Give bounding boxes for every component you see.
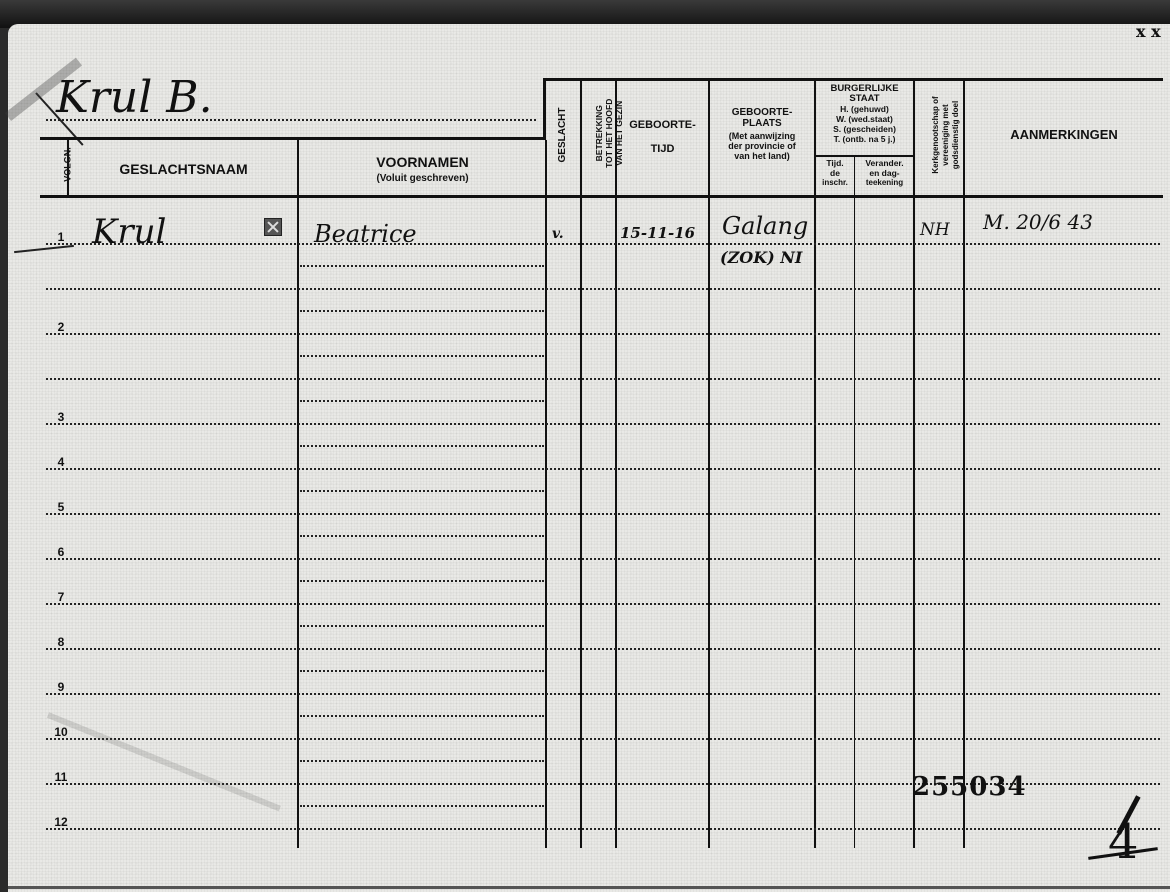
registration-card: x x Krul B. VOLGN. GESLACHTSNAAM VOORNAM… xyxy=(8,24,1170,892)
row-number: 10 xyxy=(50,725,72,739)
header-geboorteplaats-sub-3: van het land) xyxy=(710,152,814,161)
header-verander-1: Verander. xyxy=(856,159,913,168)
header-step-rule xyxy=(543,79,546,140)
col-rule-geboortetijd xyxy=(708,81,710,848)
header-burgerlijke-s: S. (gescheiden) xyxy=(816,125,913,134)
stamp-number: 255034 xyxy=(912,772,1027,802)
header-bottom-rule xyxy=(40,195,1163,198)
col-rule-geslachtsnaam xyxy=(297,140,299,848)
voornamen-subrule xyxy=(300,625,544,627)
row-rule-9 xyxy=(46,693,1160,695)
header-verander-2: en dag- xyxy=(856,169,913,178)
row-1-marker-stroke xyxy=(14,245,74,253)
corner-marks: x x xyxy=(1136,22,1161,41)
burgerlijke-sub-rule xyxy=(814,155,914,157)
row-rule-2 xyxy=(46,333,1160,335)
header-betrekking-line2: TOT HET HOOFD xyxy=(605,77,614,189)
row-rule-1 xyxy=(46,243,1160,245)
row-1-kerk: NH xyxy=(920,220,950,240)
header-voornamen-sub: (Voluit geschreven) xyxy=(300,174,545,185)
header-burgerlijke-h: H. (gehuwd) xyxy=(816,105,913,114)
header-burgerlijke-t: T. (ontb. na 5 j.) xyxy=(816,135,913,144)
header-geslachtsnaam: GESLACHTSNAAM xyxy=(70,162,297,177)
row-number: 2 xyxy=(50,320,72,334)
header-betrekking: BETREKKING TOT HET HOOFD VAN HET GEZIN xyxy=(583,81,615,195)
row-1-geslacht: v. xyxy=(552,226,564,242)
row-rule-10 xyxy=(46,738,1160,740)
voornamen-subrule xyxy=(300,400,544,402)
checked-box-icon[interactable] xyxy=(264,218,282,236)
header-tijd-3: inschr. xyxy=(816,179,854,187)
card-bottom-edge xyxy=(8,886,1170,889)
header-burgerlijke-w: W. (wed.staat) xyxy=(816,115,913,124)
voornamen-subrule xyxy=(300,805,544,807)
header-geboorteplaats-2: PLAATS xyxy=(710,119,814,130)
header-tijd-2: de xyxy=(816,169,854,178)
col-rule-geboorteplaats xyxy=(814,81,816,848)
row-number: 11 xyxy=(50,770,72,784)
voornamen-subrule xyxy=(300,445,544,447)
row-rule-12 xyxy=(46,828,1160,830)
voornamen-subrule xyxy=(300,670,544,672)
header-kerk-line2: vereeniging met xyxy=(942,80,950,190)
row-rule-6 xyxy=(46,558,1160,560)
header-geboortetijd-2: TIJD xyxy=(617,144,708,156)
voornamen-subrule xyxy=(300,580,544,582)
scan-streak xyxy=(47,712,281,811)
row-1-voornamen: Beatrice xyxy=(314,220,417,248)
col-rule-voornamen xyxy=(545,140,547,848)
voornamen-subrule xyxy=(300,760,544,762)
row-number: 3 xyxy=(50,410,72,424)
row-number: 12 xyxy=(50,815,72,829)
row-rule-1b xyxy=(46,288,1160,290)
row-number: 9 xyxy=(50,680,72,694)
row-1-geboorteplaats-note: (ZOK) NI xyxy=(720,248,802,267)
row-1-geslachtsnaam: Krul xyxy=(92,212,166,252)
header-voornamen: VOORNAMEN xyxy=(300,155,545,170)
header-betrekking-line3: VAN HET GEZIN xyxy=(615,77,624,189)
row-1-geboorteplaats: Galang xyxy=(722,212,808,240)
row-1-aanmerkingen: M. 20/6 43 xyxy=(983,210,1093,234)
signature-mark: 4 xyxy=(1108,814,1139,870)
row-number: 7 xyxy=(50,590,72,604)
voornamen-subrule xyxy=(300,355,544,357)
title-underline xyxy=(46,119,536,121)
header-aanmerkingen: AANMERKINGEN xyxy=(965,128,1163,142)
voornamen-subrule xyxy=(300,310,544,312)
col-rule-kerk xyxy=(963,81,965,848)
row-number: 1 xyxy=(50,230,72,244)
header-kerk-line3: godsdienstig doel xyxy=(952,80,960,190)
header-geboortetijd-1: GEBOORTE- xyxy=(617,120,708,132)
header-betrekking-line1: BETREKKING xyxy=(595,77,604,189)
row-rule-3 xyxy=(46,423,1160,425)
header-burgerlijke-2: STAAT xyxy=(816,94,913,104)
header-verander-3: teekening xyxy=(856,179,913,187)
voornamen-subrule xyxy=(300,265,544,267)
row-number: 8 xyxy=(50,635,72,649)
header-tijd-1: Tijd. xyxy=(816,159,854,168)
col-rule-burgerlijke xyxy=(913,81,915,848)
voornamen-subrule xyxy=(300,535,544,537)
voornamen-subrule xyxy=(300,490,544,492)
row-rule-7 xyxy=(46,603,1160,605)
row-rule-2b xyxy=(46,378,1160,380)
header-top-rule-right xyxy=(543,78,1163,81)
row-number: 5 xyxy=(50,500,72,514)
row-number: 4 xyxy=(50,455,72,469)
row-rule-4 xyxy=(46,468,1160,470)
col-rule-burgerlijke-split xyxy=(854,157,855,848)
voornamen-subrule xyxy=(300,715,544,717)
col-rule-geslacht xyxy=(580,81,582,848)
row-rule-5 xyxy=(46,513,1160,515)
card-title-handwritten: Krul B. xyxy=(56,72,213,123)
col-rule-betrekking xyxy=(615,81,617,848)
header-top-rule-left xyxy=(40,137,545,140)
header-kerkgenootschap: Kerkgenootschap of vereeniging met godsd… xyxy=(915,81,963,195)
header-geslacht: GESLACHT xyxy=(558,93,568,177)
row-rule-8 xyxy=(46,648,1160,650)
header-geboorteplaats-1: GEBOORTE- xyxy=(710,108,814,119)
row-1-geboortetijd: 15-11-16 xyxy=(620,224,695,242)
row-number: 6 xyxy=(50,545,72,559)
header-kerk-line1: Kerkgenootschap of xyxy=(932,80,940,190)
